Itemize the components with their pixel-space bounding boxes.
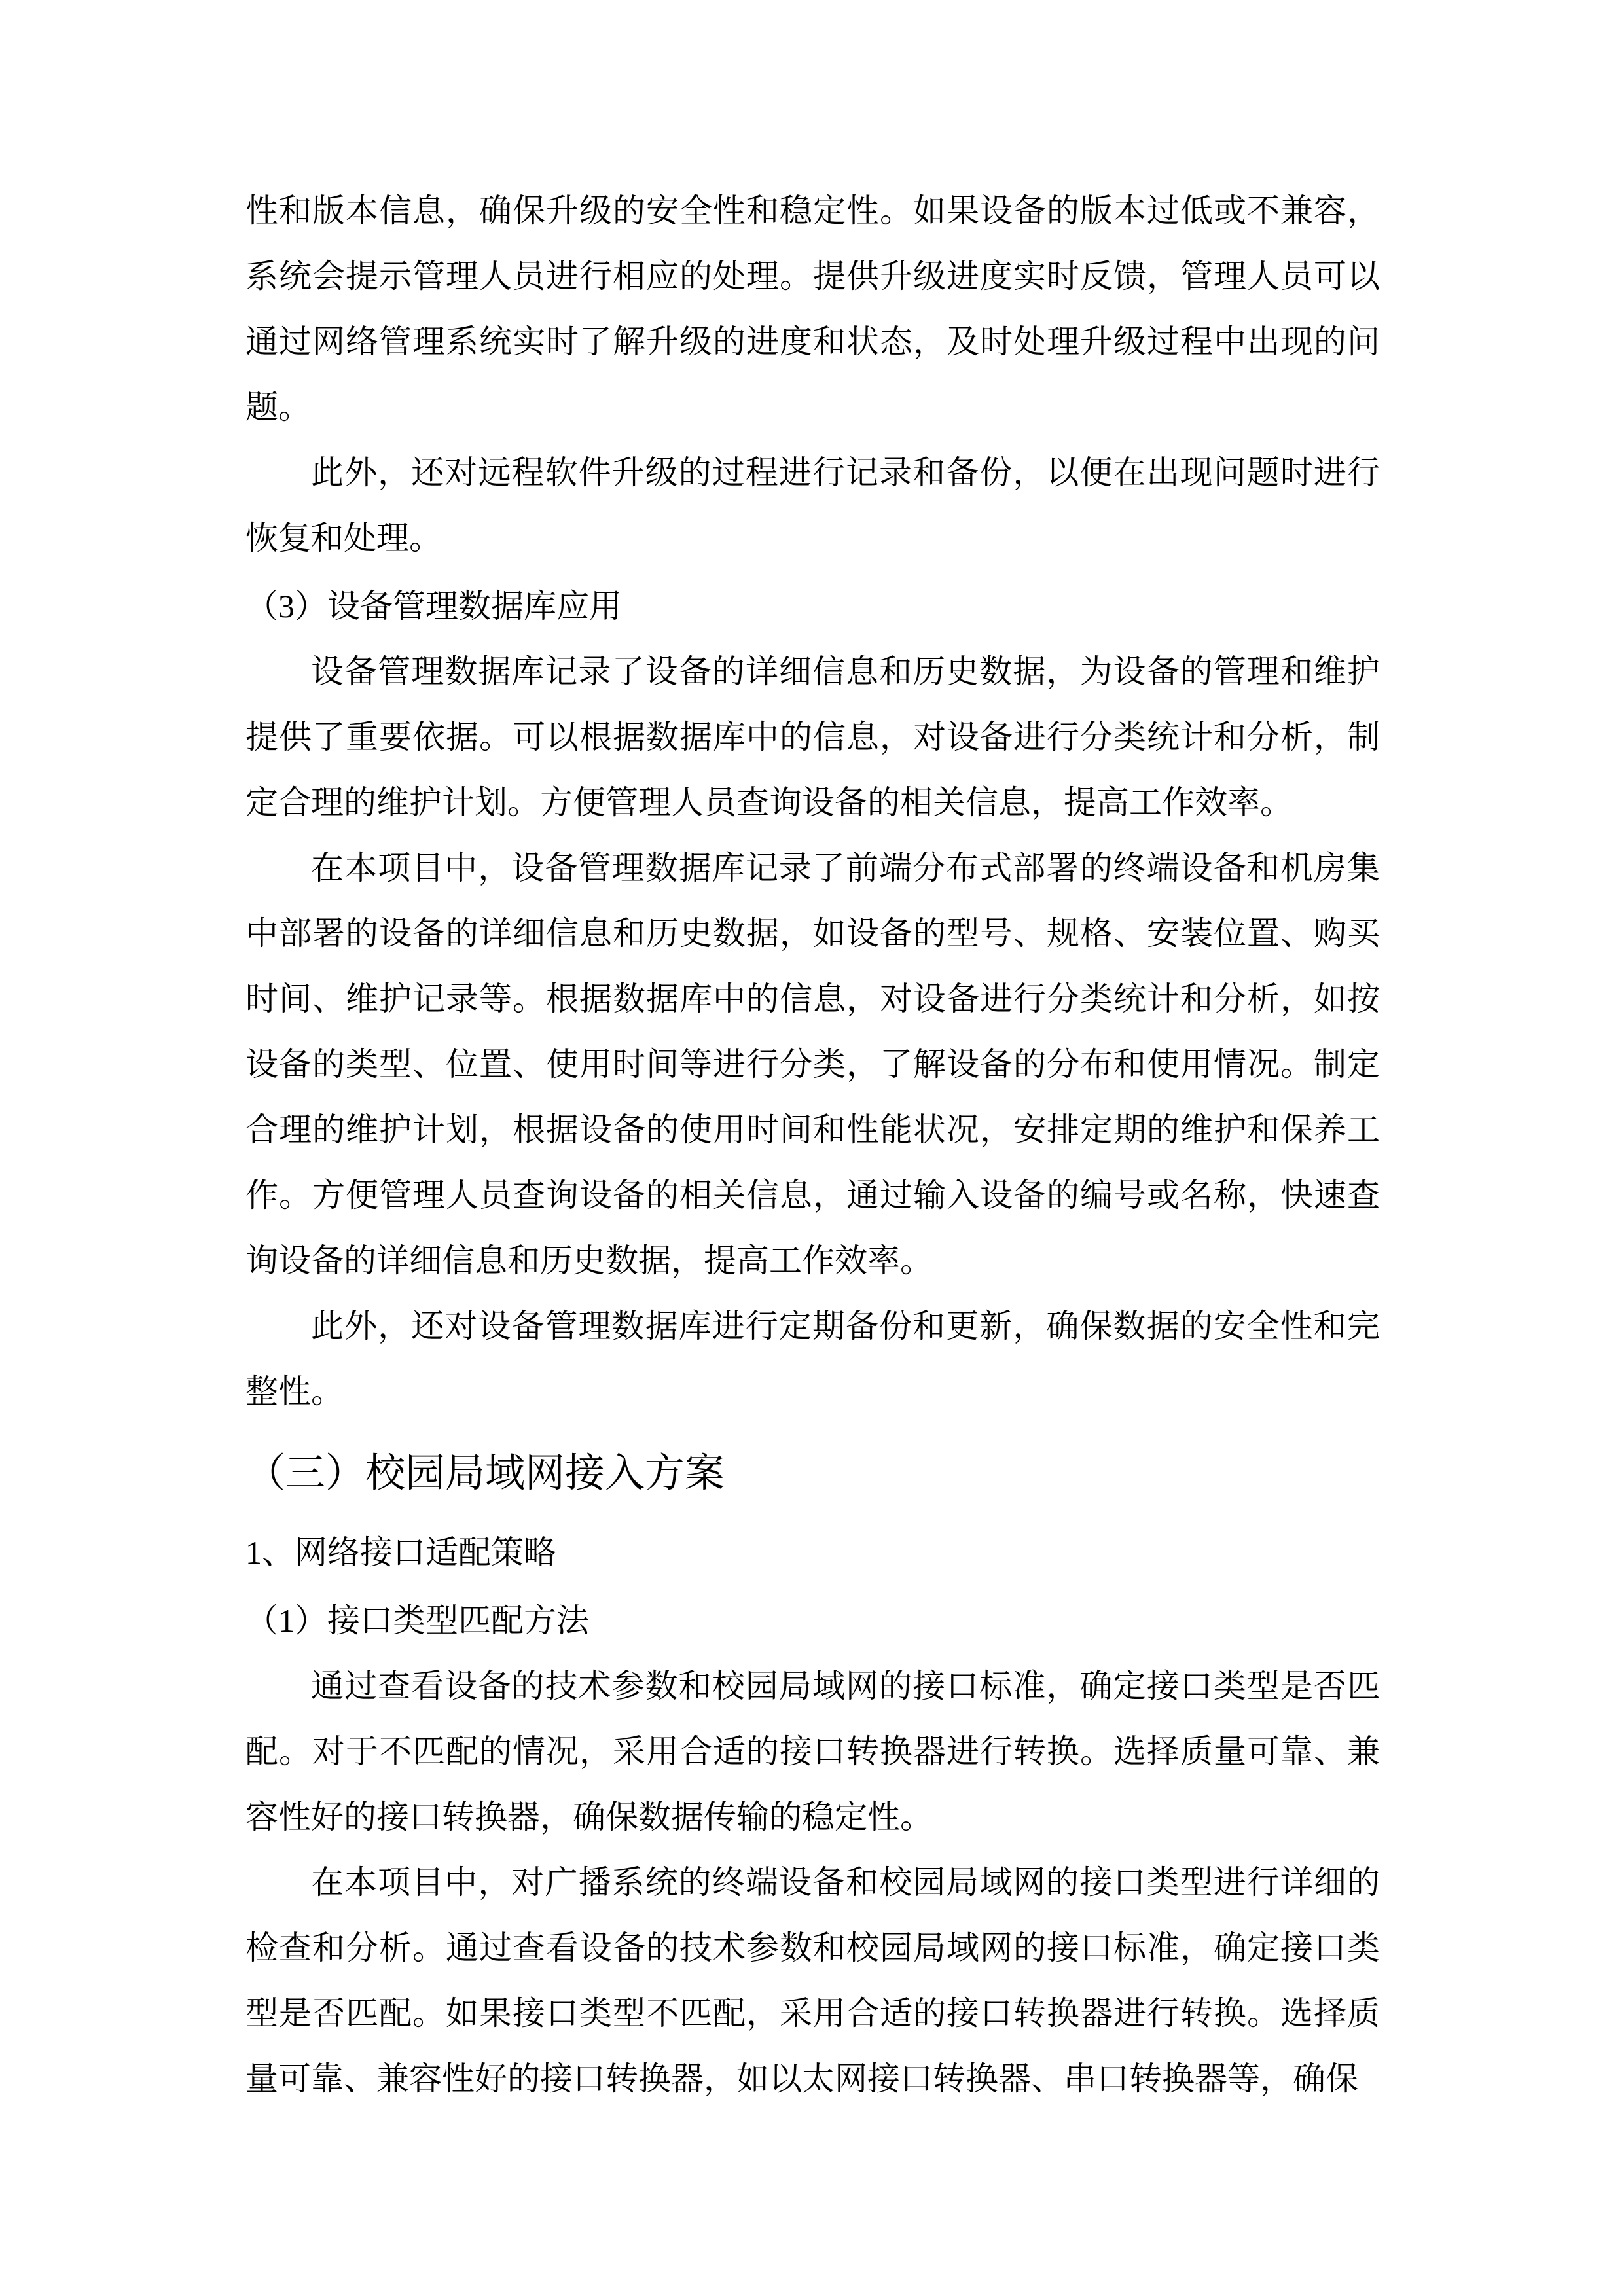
paragraph: 通过查看设备的技术参数和校园局域网的接口标准，确定接口类型是否匹配。对于不匹配的… — [245, 1653, 1380, 1850]
paragraph: 在本项目中，设备管理数据库记录了前端分布式部署的终端设备和机房集中部署的设备的详… — [245, 835, 1380, 1293]
section-heading: （三）校园局域网接入方案 — [245, 1431, 1380, 1517]
sub-heading: （1）接口类型匹配方法 — [245, 1588, 1380, 1653]
document-body: 性和版本信息，确保升级的安全性和稳定性。如果设备的版本过低或不兼容，系统会提示管… — [245, 178, 1380, 2111]
document-page: 性和版本信息，确保升级的安全性和稳定性。如果设备的版本过低或不兼容，系统会提示管… — [0, 0, 1624, 2296]
paragraph: 性和版本信息，确保升级的安全性和稳定性。如果设备的版本过低或不兼容，系统会提示管… — [245, 178, 1380, 440]
paragraph: 在本项目中，对广播系统的终端设备和校园局域网的接口类型进行详细的检查和分析。通过… — [245, 1850, 1380, 2111]
sub-heading: （3）设备管理数据库应用 — [245, 573, 1380, 639]
sub-heading: 1、网络接口适配策略 — [245, 1520, 1380, 1585]
paragraph: 设备管理数据库记录了设备的详细信息和历史数据，为设备的管理和维护提供了重要依据。… — [245, 639, 1380, 835]
paragraph: 此外，还对设备管理数据库进行定期备份和更新，确保数据的安全性和完整性。 — [245, 1293, 1380, 1424]
paragraph: 此外，还对远程软件升级的过程进行记录和备份，以便在出现问题时进行恢复和处理。 — [245, 440, 1380, 571]
